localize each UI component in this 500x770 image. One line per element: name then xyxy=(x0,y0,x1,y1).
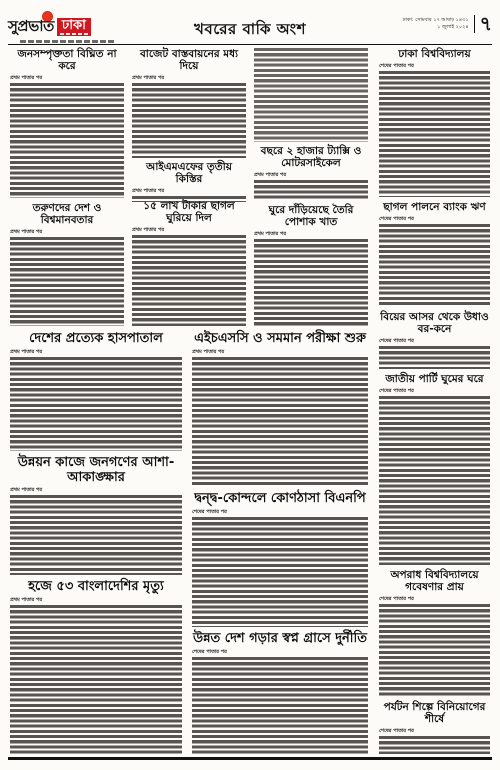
article-biyer-asor[interactable]: বিয়ের আসর থেকে উধাও বর-কনে শেষের পাতার … xyxy=(377,310,492,370)
continuation-label: প্রথম পাতার পর xyxy=(10,75,124,82)
body-text-placeholder xyxy=(132,83,246,159)
article-durniti[interactable]: উন্নত দেশ গড়ার স্বপ্ন গ্রাসে দুর্নীতি শ… xyxy=(190,630,370,756)
body-text-placeholder xyxy=(254,48,368,142)
article-headline: জনসম্পৃক্ততা বিঘ্নিত না করে xyxy=(10,49,124,73)
article-headline: উন্নয়ন কাজে জনগণের আশা-আকাঙ্ক্ষার xyxy=(10,456,182,485)
body-text-placeholder xyxy=(379,736,490,755)
continuation-label: শেষের পাতার পর xyxy=(379,216,490,223)
article-continuation-untitled[interactable] xyxy=(252,47,370,143)
continuation-label: শেষের পাতার পর xyxy=(379,338,490,345)
article-chagol-15-lakh[interactable]: ১৫ লাখ টাকার ছাগল ঘুরিয়ে দিল প্রথম পাতা… xyxy=(130,199,248,327)
continuation-label: প্রথম পাতার পর xyxy=(10,597,182,604)
continuation-label: প্রথম পাতার পর xyxy=(132,188,246,195)
article-poshak-khat[interactable]: ঘুরে দাঁড়িয়েছে তৈরি পোশাক খাত প্রথম পা… xyxy=(252,203,370,327)
article-dhaka-university[interactable]: ঢাকা বিশ্ববিদ্যালয় শেষের পাতার পর xyxy=(377,47,492,198)
body-text-placeholder xyxy=(379,604,490,698)
body-text-placeholder xyxy=(10,357,182,451)
article-headline: ঢাকা বিশ্ববিদ্যালয় xyxy=(379,49,490,61)
article-imf-kisti[interactable]: আইএমএফের তৃতীয় কিস্তির প্রথম পাতার পর xyxy=(130,160,248,198)
continuation-label: প্রথম পাতার পর xyxy=(254,231,368,238)
article-headline: বিয়ের আসর থেকে উধাও বর-কনে xyxy=(379,312,490,336)
article-jatiyo-party[interactable]: জাতীয় পার্টি ঘুমের ঘরে শেষের পাতার পর xyxy=(377,372,492,566)
body-text-placeholder xyxy=(132,235,246,327)
article-headline: এইচএসসি ও সমমান পরীক্ষা শুরু xyxy=(192,332,368,347)
continuation-label: প্রথম পাতার পর xyxy=(10,229,124,236)
article-hsc-porikkha[interactable]: এইচএসসি ও সমমান পরীক্ষা শুরু প্রথম পাতার… xyxy=(190,330,370,488)
body-text-placeholder xyxy=(379,71,490,197)
body-text-placeholder xyxy=(379,396,490,565)
body-text-placeholder xyxy=(192,357,368,487)
header-rule xyxy=(8,44,492,45)
body-text-placeholder xyxy=(10,605,182,755)
article-headline: ঘুরে দাঁড়িয়েছে তৈরি পোশাক খাত xyxy=(254,205,368,229)
body-text-placeholder xyxy=(10,237,124,327)
body-text-placeholder xyxy=(192,517,368,627)
body-text-placeholder xyxy=(254,180,368,202)
article-headline: দেশের প্রত্যেক হাসপাতাল xyxy=(10,332,182,347)
article-hajj-mrityu[interactable]: হজে ৫৩ বাংলাদেশির মৃত্যু প্রথম পাতার পর xyxy=(8,578,184,756)
continuation-label: প্রথম পাতার পর xyxy=(132,227,246,234)
article-headline: বছরে ২ হাজার ট্যাক্সি ও মোটরসাইকেল xyxy=(254,146,368,170)
continuation-label: শেষের পাতার পর xyxy=(379,388,490,395)
article-jonoshomprikota[interactable]: জনসম্পৃক্ততা বিঘ্নিত না করে প্রথম পাতার … xyxy=(8,47,126,199)
article-headline: ছাগল পালনে ব্যাংক ঋণ xyxy=(379,202,490,214)
newspaper-page: সুপ্রভাত ঢাকা খবরের বাকি অংশ ঢাকা: সোমবা… xyxy=(0,0,500,770)
body-text-placeholder xyxy=(10,83,124,199)
article-headline: বাজেট বাস্তবায়নের মধ্য দিয়ে xyxy=(132,49,246,73)
dateline-bangla-date: ঢাকা: সোমবার ১৭ আষাঢ় ১৪৩১ xyxy=(403,17,469,24)
article-headline: উন্নত দেশ গড়ার স্বপ্ন গ্রাসে দুর্নীতি xyxy=(192,632,368,647)
continuation-label: প্রথম পাতার পর xyxy=(10,487,182,494)
article-university-gobeshona[interactable]: অপরাধ বিশ্ববিদ্যালয়ে গবেষণার প্রায় শেষ… xyxy=(377,568,492,698)
article-hashpatal[interactable]: দেশের প্রত্যেক হাসপাতাল প্রথম পাতার পর xyxy=(8,330,184,452)
article-chagol-bank-rin[interactable]: ছাগল পালনে ব্যাংক ঋণ শেষের পাতার পর xyxy=(377,200,492,308)
continuation-label: প্রথম পাতার পর xyxy=(10,349,182,356)
dateline-block: ঢাকা: সোমবার ১৭ আষাঢ় ১৪৩১ ১ জুলাই ২০২৪ … xyxy=(403,14,492,34)
continuation-label: শেষের পাতার পর xyxy=(379,728,490,735)
article-budget-bastobayon[interactable]: বাজেট বাস্তবায়নের মধ্য দিয়ে প্রথম পাতা… xyxy=(130,47,248,159)
article-headline: দ্বন্দ্ব-কোন্দলে কোণঠাসা বিএনপি xyxy=(192,492,368,507)
article-headline: অপরাধ বিশ্ববিদ্যালয়ে গবেষণার প্রায় xyxy=(379,570,490,594)
article-torunder-desh[interactable]: তরুণদের দেশ ও বিশ্বমানবতার প্রথম পাতার প… xyxy=(8,201,126,327)
article-bnp-kondol[interactable]: দ্বন্দ্ব-কোন্দলে কোণঠাসা বিএনপি শেষের পা… xyxy=(190,490,370,628)
continuation-label: শেষের পাতার পর xyxy=(379,596,490,603)
article-taxi-motorcycle[interactable]: বছরে ২ হাজার ট্যাক্সি ও মোটরসাইকেল প্রথম… xyxy=(252,144,370,202)
dateline: ঢাকা: সোমবার ১৭ আষাঢ় ১৪৩১ ১ জুলাই ২০২৪ xyxy=(403,17,469,31)
article-headline: ১৫ লাখ টাকার ছাগল ঘুরিয়ে দিল xyxy=(132,201,246,225)
body-text-placeholder xyxy=(379,224,490,307)
article-headline: হজে ৫৩ বাংলাদেশির মৃত্যু xyxy=(10,580,182,595)
article-porjoton-biniyog[interactable]: পর্যটন শিল্পে বিনিয়োগের শীর্ষে শেষের পা… xyxy=(377,700,492,755)
page-number: ৭ xyxy=(480,14,492,34)
body-text-placeholder xyxy=(10,495,182,575)
masthead: সুপ্রভাত ঢাকা খবরের বাকি অংশ ঢাকা: সোমবা… xyxy=(8,12,492,44)
continuation-label: প্রথম পাতার পর xyxy=(254,172,368,179)
continuation-label: প্রথম পাতার পর xyxy=(132,75,246,82)
body-text-placeholder xyxy=(379,346,490,370)
page-bottom-rule xyxy=(8,757,492,760)
article-headline: আইএমএফের তৃতীয় কিস্তির xyxy=(132,162,246,186)
article-headline: জাতীয় পার্টি ঘুমের ঘরে xyxy=(379,374,490,386)
body-text-placeholder xyxy=(192,657,368,755)
continuation-label: শেষের পাতার পর xyxy=(192,649,368,656)
article-unnoyon-kaj[interactable]: উন্নয়ন কাজে জনগণের আশা-আকাঙ্ক্ষার প্রথম… xyxy=(8,454,184,576)
dateline-gregorian-date: ১ জুলাই ২০২৪ xyxy=(403,24,469,31)
dateline-divider xyxy=(474,15,475,33)
article-headline: পর্যটন শিল্পে বিনিয়োগের শীর্ষে xyxy=(379,702,490,726)
continuation-label: শেষের পাতার পর xyxy=(379,63,490,70)
continuation-label: শেষের পাতার পর xyxy=(192,509,368,516)
continuation-label: প্রথম পাতার পর xyxy=(192,349,368,356)
article-headline: তরুণদের দেশ ও বিশ্বমানবতার xyxy=(10,203,124,227)
body-text-placeholder xyxy=(254,239,368,327)
